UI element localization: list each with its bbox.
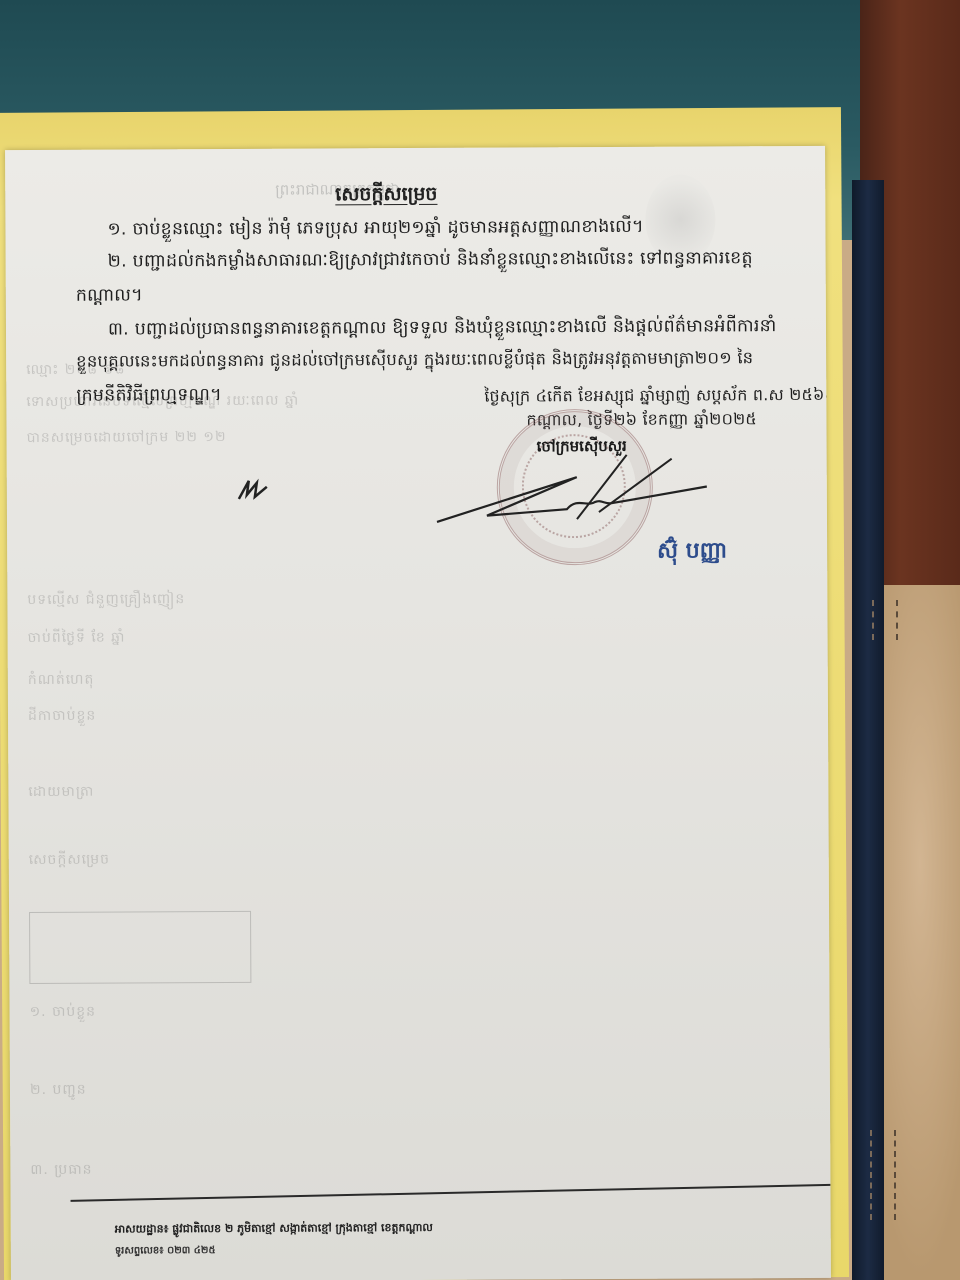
cloth-fringe xyxy=(872,600,898,640)
cloth-fringe xyxy=(870,1130,896,1220)
initials-mark-icon xyxy=(235,477,271,503)
clause-2-continuation: កណ្តាល។ xyxy=(76,283,143,309)
document-page: ឈ្មោះ ២០៨ ៩៨ ទោសប្រហារនៃបទល្មើសព្រហ្មទណ្… xyxy=(5,146,831,1280)
bleed-through-text: ចាប់ពីថ្ងៃទី ខែ ឆ្នាំ xyxy=(28,624,808,649)
bleed-through-text: សេចក្តីសម្រេច xyxy=(29,846,809,871)
bleed-through-text: បទល្មើស ជំនួញគ្រឿងញៀន xyxy=(27,586,807,611)
clause-1: ១. ចាប់ខ្លួនឈ្មោះ មៀន រ៉ាម៉ុំ ភេទប្រុស អ… xyxy=(107,215,643,244)
bleed-through-text: ២. បញ្ជូន xyxy=(30,1076,810,1101)
bleed-through-text: ដោយមាត្រា xyxy=(28,778,808,803)
clause-2: ២. បញ្ជាដល់កងកម្លាំងសាធារណៈឱ្យស្រាវជ្រាវ… xyxy=(108,246,753,275)
lunar-date: ថ្ងៃសុក្រ ៤កើត ខែអស្សុជ ឆ្នាំម្សាញ់ សប្ត… xyxy=(484,384,831,410)
clause-number: ២. xyxy=(108,252,127,272)
clause-number: ១. xyxy=(107,220,126,240)
navy-cloth xyxy=(852,180,884,1280)
bleed-through-text: កំណត់ហេតុ xyxy=(28,666,808,691)
bleed-through-text: ១. ចាប់ខ្លួន xyxy=(30,998,810,1023)
footer-address: អាសយដ្ឋាន៖ ផ្លូវជាតិលេខ ២ ភូមិតាខ្មៅ សង្… xyxy=(115,1221,433,1239)
signer-name: ស៊ុំ បញ្ញា xyxy=(657,536,727,568)
clause-text: ចាប់ខ្លួនឈ្មោះ មៀន រ៉ាម៉ុំ ភេទប្រុស អាយុ… xyxy=(132,217,643,240)
bleed-through-text: ៣. ប្រធាន xyxy=(30,1156,810,1181)
clause-text: បញ្ជាដល់ប្រធានពន្ធនាគារខេត្តកណ្តាល ឱ្យទទ… xyxy=(135,316,777,339)
clause-3-continuation: ខ្លួនបុគ្គលនេះមកដល់ពន្ធនាគារ ជូនដល់ចៅក្រ… xyxy=(76,348,753,376)
bleed-through-stamp-box xyxy=(29,911,251,984)
clause-3: ៣. បញ្ជាដល់ប្រធានពន្ធនាគារខេត្តកណ្តាល ឱ្… xyxy=(108,314,777,343)
clause-number: ៣. xyxy=(108,320,129,340)
clause-3-continuation: ក្រមនីតិវិធីព្រហ្មទណ្ឌ។ xyxy=(76,383,222,410)
bleed-through-text: ដីកាចាប់ខ្លួន xyxy=(28,702,808,727)
clause-text: បញ្ជាដល់កងកម្លាំងសាធារណៈឱ្យស្រាវជ្រាវកេច… xyxy=(133,248,753,271)
document-title: សេចក្តីសម្រេច xyxy=(335,182,437,211)
footer-phone: ទូរសព្ទលេខ៖ ០២៣ ៤២៥ xyxy=(115,1243,216,1259)
footer-divider xyxy=(71,1184,831,1202)
